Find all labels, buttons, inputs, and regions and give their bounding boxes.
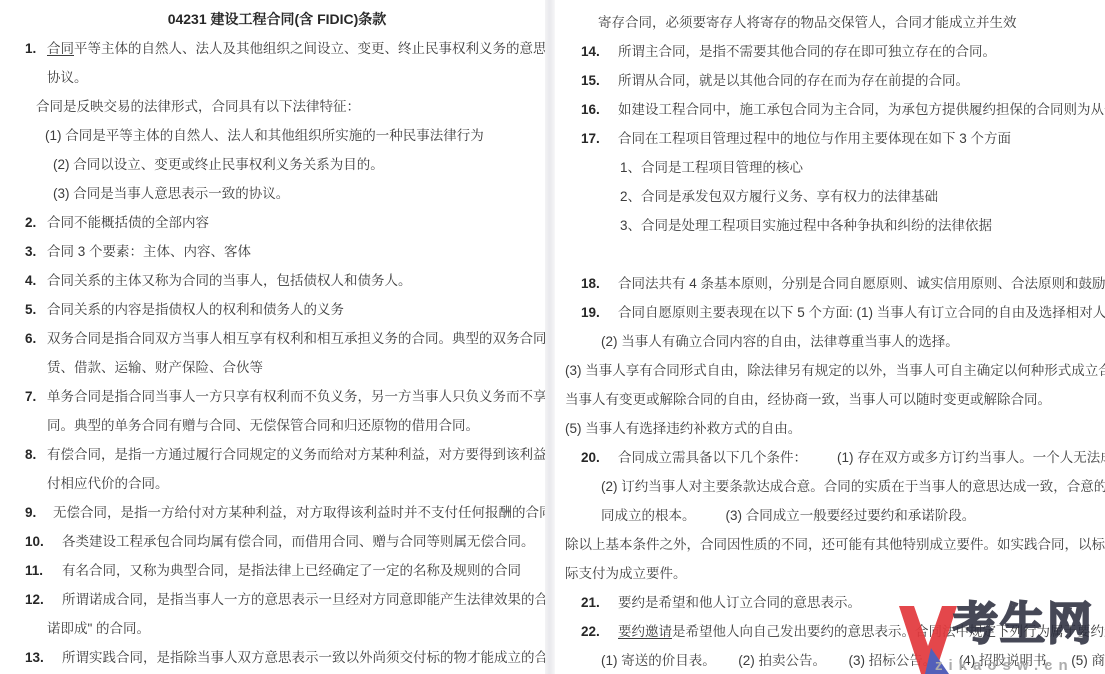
list-number: 10. xyxy=(25,527,62,556)
item-7: 7.单务合同是指合同当事人一方只享有权利而不负义务，另一方当事人只负义务而不享受… xyxy=(25,382,529,411)
list-number: 16. xyxy=(581,95,618,124)
item-16: 16.如建设工程合同中，施工承包合同为主合同，为承包方提供履约担保的合同则为从合… xyxy=(565,95,1101,124)
item-13-cont: 寄存合同，必须要寄存人将寄存的物品交保管人，合同才能成立并生效 xyxy=(565,8,1101,37)
item-19-sub-5: (5) 当事人有选择违约补救方式的自由。 xyxy=(565,414,1101,443)
item-2: 2.合同不能概括债的全部内容 xyxy=(25,208,529,237)
item-1-sub-3: (3) 合同是当事人意思表示一致的协议。 xyxy=(25,179,529,208)
list-number: 22. xyxy=(581,617,618,646)
list-number: 6. xyxy=(25,324,47,353)
item-22-sub: (1) 寄送的价目表。 (2) 拍卖公告。 (3) 招标公告。 (4) 招股说明… xyxy=(565,646,1101,674)
list-number: 18. xyxy=(581,269,618,298)
item-1: 1.合同平等主体的自然人、法人及其他组织之间设立、变更、终止民事权利义务的意思表… xyxy=(25,34,529,63)
item-17-sub-1: 1、合同是工程项目管理的核心 xyxy=(565,153,1101,182)
page-gap xyxy=(545,0,555,674)
list-number: 1. xyxy=(25,34,47,63)
document-title: 04231 建设工程合同(含 FIDIC)条款 xyxy=(25,5,529,34)
list-number: 14. xyxy=(581,37,618,66)
item-9: 9.无偿合同，是指一方给付对方某种利益，对方取得该利益时并不支付任何报酬的合同。 xyxy=(25,498,529,527)
item-19: 19.合同自愿原则主要表现在以下 5 个方面: (1) 当事人有订立合同的自由及… xyxy=(565,298,1101,327)
item-11: 11.有名合同，又称为典型合同，是指法律上已经确定了一定的名称及规则的合同 xyxy=(25,556,529,585)
list-number: 21. xyxy=(581,588,618,617)
item-17-sub-2: 2、合同是承发包双方履行义务、享有权力的法律基础 xyxy=(565,182,1101,211)
list-number: 4. xyxy=(25,266,47,295)
item-4: 4.合同关系的主体又称为合同的当事人，包括债权人和债务人。 xyxy=(25,266,529,295)
item-18: 18.合同法共有 4 条基本原则，分别是合同自愿原则、诚实信用原则、合法原则和鼓… xyxy=(565,269,1101,298)
list-number: 9. xyxy=(25,498,53,527)
item-13: 13.所谓实践合同，是指除当事人双方意思表示一致以外尚须交付标的物才能成立的合同… xyxy=(25,643,529,672)
list-number: 7. xyxy=(25,382,47,411)
list-number: 15. xyxy=(581,66,618,95)
list-number: 3. xyxy=(25,237,47,266)
item-12: 12.所谓诺成合同，是指当事人一方的意思表示一旦经对方同意即能产生法律效果的合同… xyxy=(25,585,529,614)
page-right: 寄存合同，必须要寄存人将寄存的物品交保管人，合同才能成立并生效14.所谓主合同，… xyxy=(555,0,1105,674)
item-22: 22.要约邀请是希望他人向自己发出要约的意思表示。合同法中规定下列行为属于要约邀… xyxy=(565,617,1101,646)
item-20: 20.合同成立需具备以下几个条件： (1) 存在双方或多方订约当事人。一个人无法… xyxy=(565,443,1101,472)
list-number: 17. xyxy=(581,124,618,153)
list-number: 13. xyxy=(25,643,62,672)
item-17-sub-3: 3、合同是处理工程项目实施过程中各种争执和纠纷的法律依据 xyxy=(565,211,1101,240)
blank-line xyxy=(565,240,1101,269)
item-20-note-cont: 际支付为成立要件。 xyxy=(565,559,1101,588)
list-number: 12. xyxy=(25,585,62,614)
item-7-cont: 同。典型的单务合同有赠与合同、无偿保管合同和归还原物的借用合同。 xyxy=(25,411,529,440)
item-1-cont: 协议。 xyxy=(25,63,529,92)
list-number: 19. xyxy=(581,298,618,327)
item-17: 17.合同在工程项目管理过程中的地位与作用主要体现在如下 3 个方面 xyxy=(565,124,1101,153)
item-19-sub-4-cont: 当事人有变更或解除合同的自由，经协商一致，当事人可以随时变更或解除合同。 xyxy=(565,385,1101,414)
item-12-cont: 诺即成" 的合同。 xyxy=(25,614,529,643)
item-1-sub-1: (1) 合同是平等主体的自然人、法人和其他组织所实施的一种民事法律行为 xyxy=(25,121,529,150)
item-3: 3.合同 3 个要素：主体、内容、客体 xyxy=(25,237,529,266)
item-20-sub-2: (2) 订约当事人对主要条款达成合意。合同的实质在于当事人的意思达成一致，合意的… xyxy=(565,472,1101,501)
list-number: 2. xyxy=(25,208,47,237)
item-19-sub-2: (2) 当事人有确立合同内容的自由，法律尊重当事人的选择。 xyxy=(565,327,1101,356)
item-14: 14.所谓主合同，是指不需要其他合同的存在即可独立存在的合同。 xyxy=(565,37,1101,66)
page-left: 04231 建设工程合同(含 FIDIC)条款1.合同平等主体的自然人、法人及其… xyxy=(0,0,545,674)
list-number: 5. xyxy=(25,295,47,324)
item-1-note: 合同是反映交易的法律形式，合同具有以下法律特征： xyxy=(25,92,529,121)
item-20-sub-2-cont: 同成立的根本。 (3) 合同成立一般要经过要约和承诺阶段。 xyxy=(565,501,1101,530)
item-1-sub-2: (2) 合同以设立、变更或终止民事权利义务关系为目的。 xyxy=(25,150,529,179)
item-8: 8.有偿合同，是指一方通过履行合同规定的义务而给对方某种利益，对方要得到该利益必… xyxy=(25,440,529,469)
item-6-cont: 赁、借款、运输、财产保险、合伙等 xyxy=(25,353,529,382)
item-20-note: 除以上基本条件之外，合同因性质的不同，还可能有其他特别成立要件。如实践合同，以标… xyxy=(565,530,1101,559)
list-number: 8. xyxy=(25,440,47,469)
item-15: 15.所谓从合同，就是以其他合同的存在而为存在前提的合同。 xyxy=(565,66,1101,95)
list-number: 20. xyxy=(581,443,618,472)
item-8-cont: 付相应代价的合同。 xyxy=(25,469,529,498)
item-10: 10.各类建设工程承包合同均属有偿合同，而借用合同、赠与合同等则属无偿合同。 xyxy=(25,527,529,556)
document-view: 04231 建设工程合同(含 FIDIC)条款1.合同平等主体的自然人、法人及其… xyxy=(0,0,1105,674)
item-21: 21.要约是希望和他人订立合同的意思表示。 xyxy=(565,588,1101,617)
item-19-sub-3: (3) 当事人享有合同形式自由，除法律另有规定的以外，当事人可自主确定以何种形式… xyxy=(565,356,1101,385)
item-6: 6.双务合同是指合同双方当事人相互享有权利和相互承担义务的合同。典型的双务合同有… xyxy=(25,324,529,353)
list-number: 11. xyxy=(25,556,62,585)
item-5: 5.合同关系的内容是指债权人的权利和债务人的义务 xyxy=(25,295,529,324)
